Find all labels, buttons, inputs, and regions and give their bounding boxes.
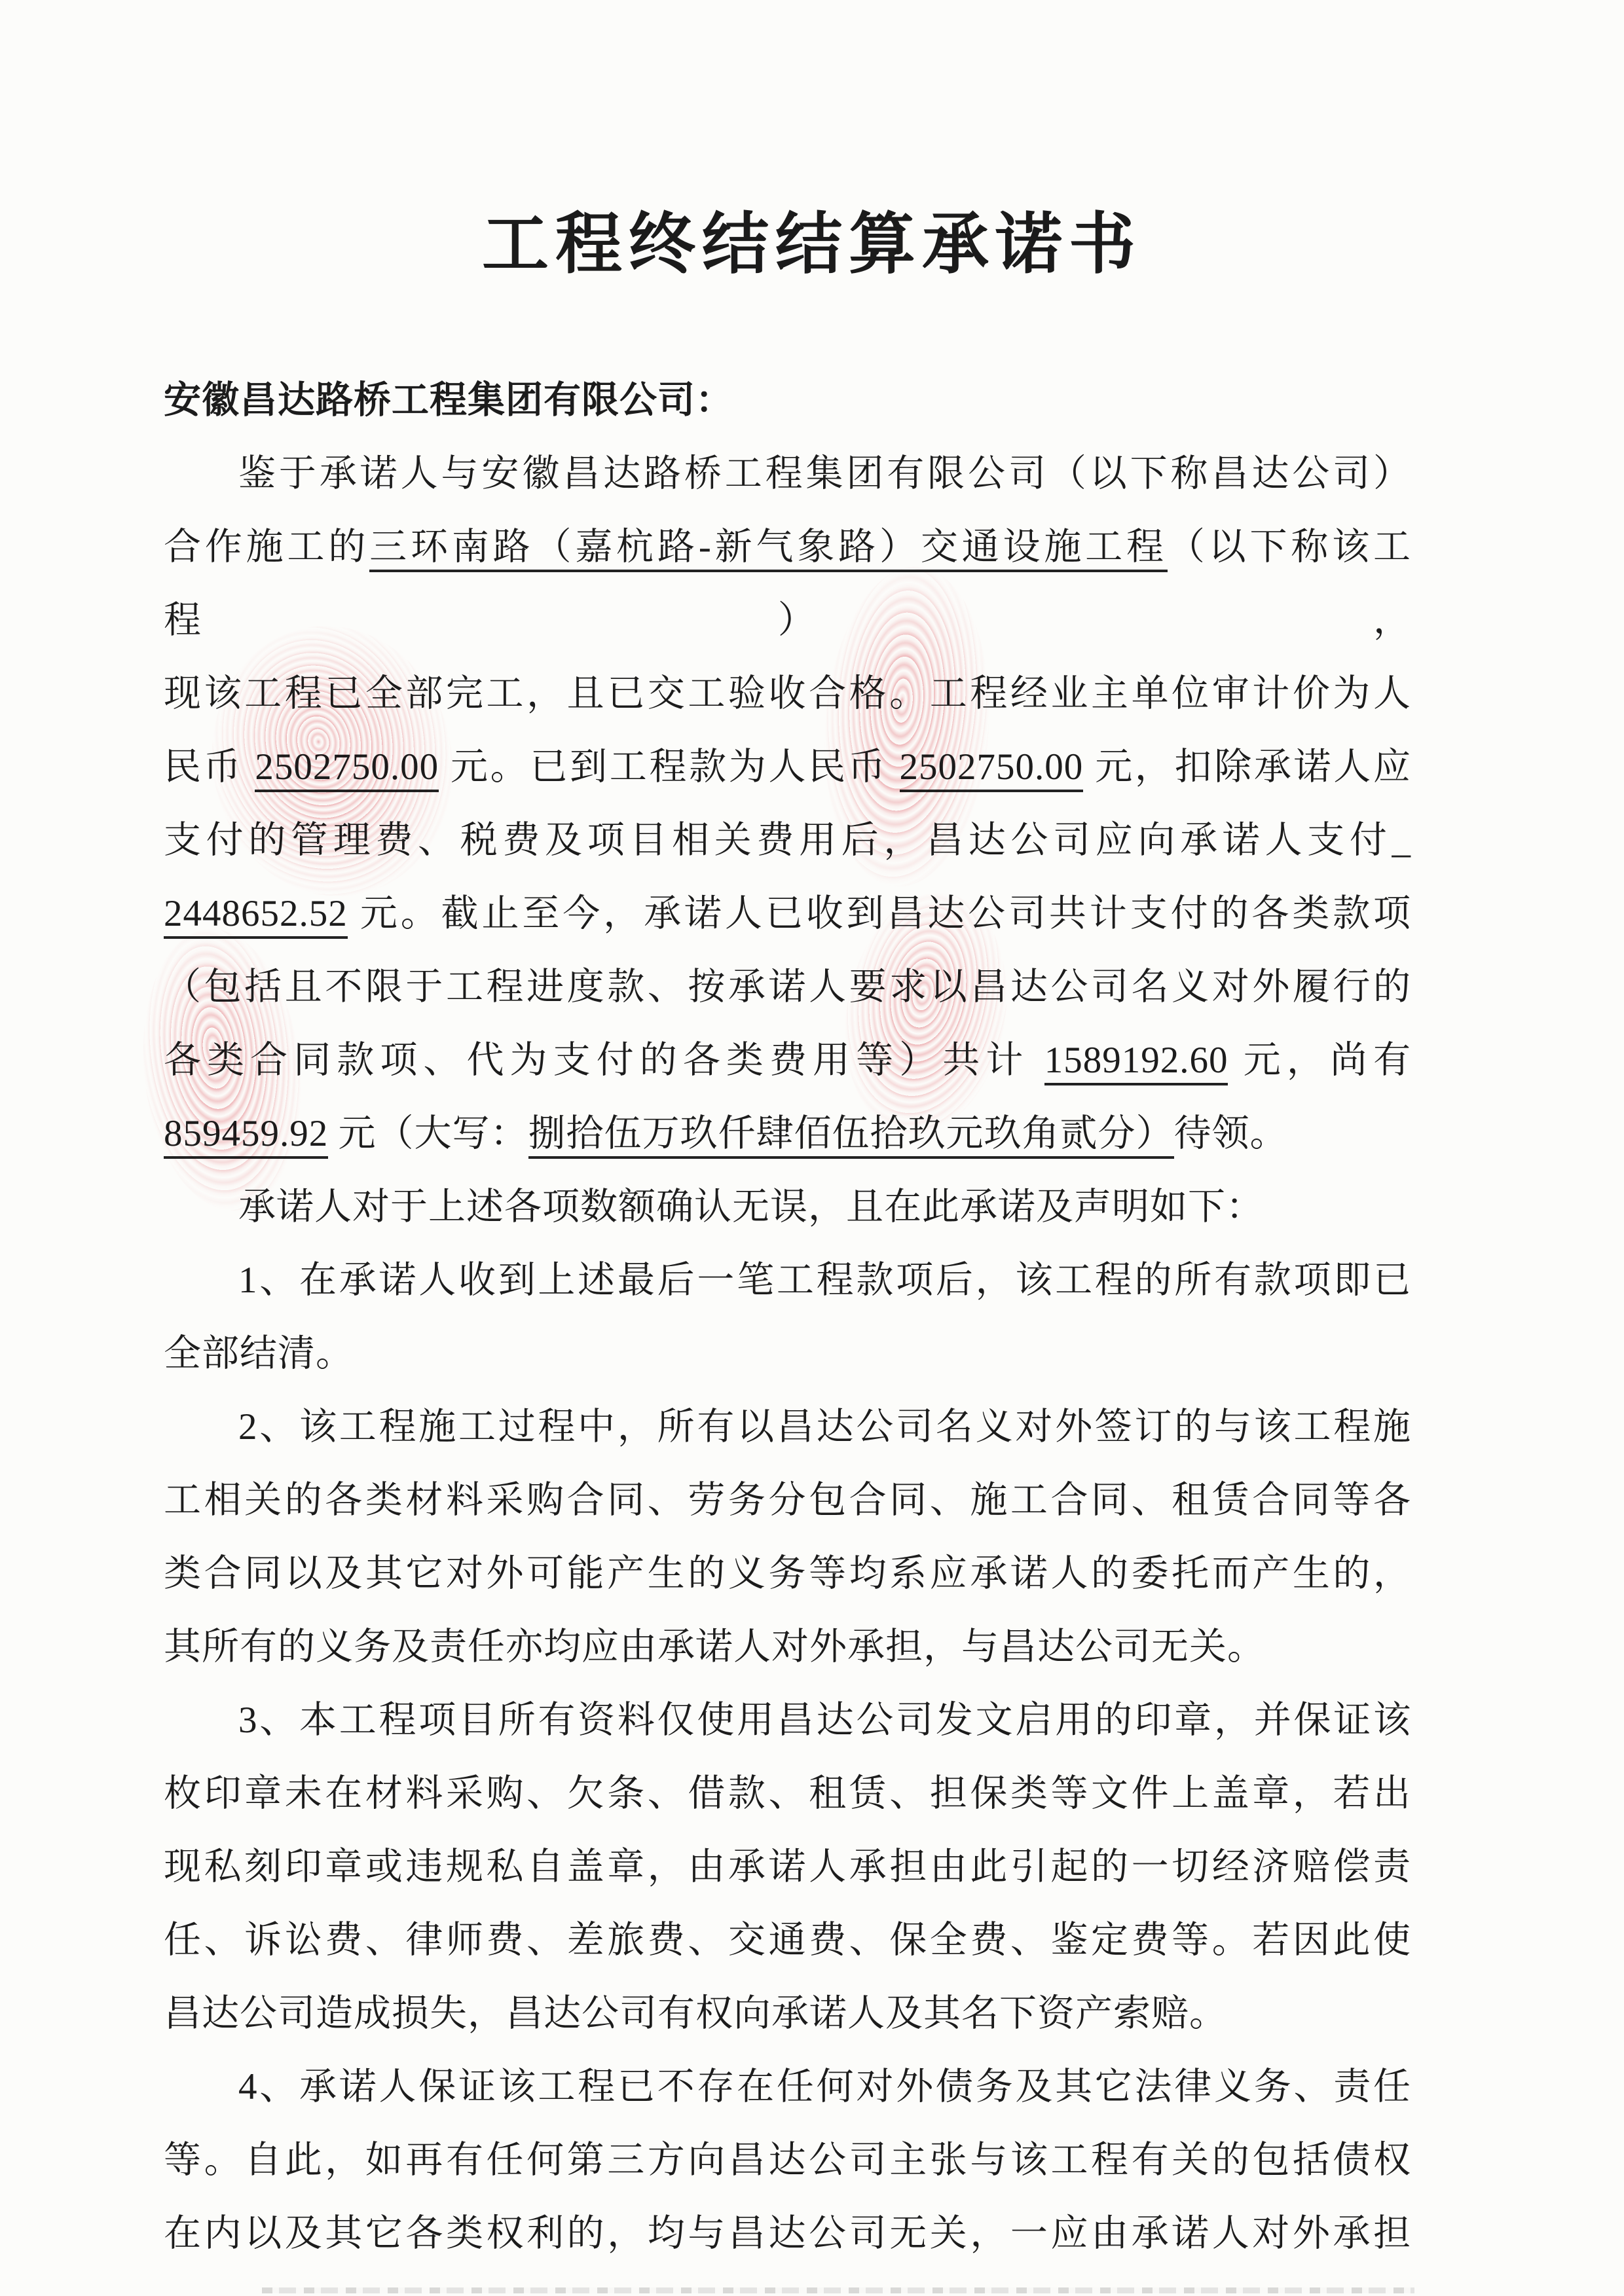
- text-line: 859459.92 元（大写：捌拾伍万玖仟肆佰伍拾玖元玖角贰分）待领。: [164, 1097, 1411, 1171]
- text-segment: 现私刻印章或违规私自盖章，由承诺人承担由此引起的一切经济赔偿责: [164, 1846, 1411, 1887]
- text-segment: 现该工程已全部完工，且已交工验收合格。工程经业主单位审计价为人: [164, 673, 1411, 714]
- text-segment: 各类合同款项、代为支付的各类费用等）共计: [164, 1040, 1044, 1081]
- text-line: 民币 2502750.00 元。已到工程款为人民币 2502750.00 元，扣…: [164, 731, 1411, 804]
- text-segment: 全部结清。: [164, 1333, 354, 1374]
- text-line: 全部结清。: [164, 1317, 1411, 1391]
- text-line: 在内以及其它各类权利的，均与昌达公司无关，一应由承诺人对外承担: [164, 2197, 1411, 2270]
- text-segment: 安徽昌达路桥工程集团有限公司：: [164, 380, 733, 421]
- text-segment: 元。截止至今，承诺人已收到昌达公司共计支付的各类款项: [348, 893, 1411, 934]
- text-segment: 昌达公司造成损失，昌达公司有权向承诺人及其名下资产索赔。: [164, 1993, 1227, 2034]
- text-segment: _: [1392, 820, 1412, 861]
- text-segment: 3、本工程项目所有资料仅使用昌达公司发文启用的印章，并保证该: [238, 1700, 1411, 1741]
- text-segment: 任、诉讼费、律师费、差旅费、交通费、保全费、鉴定费等。若因此使: [164, 1920, 1411, 1961]
- text-line: 安徽昌达路桥工程集团有限公司：: [164, 364, 1411, 437]
- document-body: 安徽昌达路桥工程集团有限公司：鉴于承诺人与安徽昌达路桥工程集团有限公司（以下称昌…: [164, 364, 1411, 2270]
- text-segment: （包括且不限于工程进度款、按承诺人要求以昌达公司名义对外履行的: [164, 966, 1411, 1008]
- text-segment: 等。自此，如再有任何第三方向昌达公司主张与该工程有关的包括债权: [164, 2140, 1411, 2181]
- underlined-value: 捌拾伍万玖仟肆佰伍拾玖元玖角贰分）: [528, 1113, 1174, 1159]
- text-line: 支付的管理费、税费及项目相关费用后，昌达公司应向承诺人支付_: [164, 804, 1411, 877]
- text-segment: 元，尚有: [1228, 1040, 1411, 1081]
- underlined-value: 2448652.52: [164, 893, 348, 939]
- text-segment: 枚印章未在材料采购、欠条、借款、租赁、担保类等文件上盖章，若出: [164, 1773, 1411, 1814]
- text-segment: 在内以及其它各类权利的，均与昌达公司无关，一应由承诺人对外承担: [164, 2213, 1411, 2254]
- text-line: 2448652.52 元。截止至今，承诺人已收到昌达公司共计支付的各类款项: [164, 877, 1411, 951]
- document-title: 工程终结结算承诺书: [0, 191, 1624, 287]
- text-line: 工相关的各类材料采购合同、劳务分包合同、施工合同、租赁合同等各: [164, 1464, 1411, 1537]
- text-segment: 鉴于承诺人与安徽昌达路桥工程集团有限公司（以下称昌达公司）: [238, 453, 1411, 494]
- next-page-text-remnant: [262, 2287, 1414, 2293]
- text-segment: 工相关的各类材料采购合同、劳务分包合同、施工合同、租赁合同等各: [164, 1480, 1411, 1521]
- text-line: 任、诉讼费、律师费、差旅费、交通费、保全费、鉴定费等。若因此使: [164, 1904, 1411, 1977]
- text-segment: 承诺人对于上述各项数额确认无误，且在此承诺及声明如下：: [238, 1186, 1264, 1228]
- text-line: 其所有的义务及责任亦均应由承诺人对外承担，与昌达公司无关。: [164, 1611, 1411, 1684]
- underlined-value: 1589192.60: [1044, 1040, 1228, 1085]
- text-segment: 1、在承诺人收到上述最后一笔工程款项后，该工程的所有款项即已: [238, 1260, 1411, 1301]
- text-line: 枚印章未在材料采购、欠条、借款、租赁、担保类等文件上盖章，若出: [164, 1757, 1411, 1831]
- underlined-value: 2502750.00: [900, 746, 1084, 792]
- text-line: 2、该工程施工过程中，所有以昌达公司名义对外签订的与该工程施: [164, 1391, 1411, 1464]
- text-segment: 元，扣除承诺人应: [1083, 746, 1411, 788]
- text-segment: 4、承诺人保证该工程已不存在任何对外债务及其它法律义务、责任: [238, 2066, 1411, 2107]
- text-segment: 元（大写：: [328, 1113, 528, 1154]
- text-segment: 待领。: [1174, 1113, 1288, 1154]
- text-segment: 合作施工的: [164, 526, 369, 568]
- text-line: 鉴于承诺人与安徽昌达路桥工程集团有限公司（以下称昌达公司）: [164, 437, 1411, 511]
- text-line: 现私刻印章或违规私自盖章，由承诺人承担由此引起的一切经济赔偿责: [164, 1831, 1411, 1904]
- text-line: 现该工程已全部完工，且已交工验收合格。工程经业主单位审计价为人: [164, 657, 1411, 731]
- underlined-value: 859459.92: [164, 1113, 328, 1159]
- text-segment: 民币: [164, 746, 255, 788]
- text-segment: 类合同以及其它对外可能产生的义务等均系应承诺人的委托而产生的，: [164, 1553, 1411, 1594]
- text-segment: 元。已到工程款为人民币: [439, 746, 899, 788]
- text-line: 合作施工的三环南路（嘉杭路-新气象路）交通设施工程（以下称该工程），: [164, 511, 1411, 657]
- text-line: 承诺人对于上述各项数额确认无误，且在此承诺及声明如下：: [164, 1171, 1411, 1244]
- text-line: （包括且不限于工程进度款、按承诺人要求以昌达公司名义对外履行的: [164, 951, 1411, 1024]
- text-segment: 其所有的义务及责任亦均应由承诺人对外承担，与昌达公司无关。: [164, 1626, 1265, 1667]
- text-line: 类合同以及其它对外可能产生的义务等均系应承诺人的委托而产生的，: [164, 1537, 1411, 1611]
- text-line: 等。自此，如再有任何第三方向昌达公司主张与该工程有关的包括债权: [164, 2124, 1411, 2197]
- text-line: 昌达公司造成损失，昌达公司有权向承诺人及其名下资产索赔。: [164, 1977, 1411, 2050]
- underlined-value: 三环南路（嘉杭路-新气象路）交通设施工程: [369, 526, 1168, 572]
- underlined-value: 2502750.00: [255, 746, 439, 792]
- text-line: 1、在承诺人收到上述最后一笔工程款项后，该工程的所有款项即已: [164, 1244, 1411, 1317]
- document-page: 工程终结结算承诺书 安徽昌达路桥工程集团有限公司：鉴于承诺人与安徽昌达路桥工程集…: [0, 0, 1624, 2296]
- text-line: 各类合同款项、代为支付的各类费用等）共计 1589192.60 元，尚有: [164, 1024, 1411, 1097]
- text-segment: 支付的管理费、税费及项目相关费用后，昌达公司应向承诺人支付: [164, 820, 1392, 861]
- text-line: 3、本工程项目所有资料仅使用昌达公司发文启用的印章，并保证该: [164, 1684, 1411, 1757]
- text-line: 4、承诺人保证该工程已不存在任何对外债务及其它法律义务、责任: [164, 2050, 1411, 2124]
- text-segment: 2、该工程施工过程中，所有以昌达公司名义对外签订的与该工程施: [238, 1406, 1411, 1448]
